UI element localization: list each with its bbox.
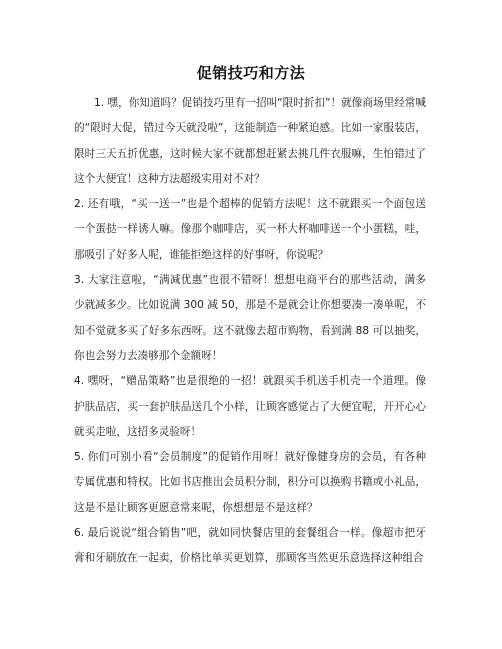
- paragraph-bundle-sales: 6. 最后说说“组合销售”吧，就如同快餐店里的套餐组合一样。像超市把牙膏和牙刷放…: [74, 521, 426, 572]
- paragraph-spend-and-save: 3. 大家注意啦，“满减优惠”也很不错呀！想想电商平台的那些活动，满多少就减多少…: [74, 268, 426, 369]
- paragraph-buy-one-get-one: 2. 还有哦，“买一送一”也是个超棒的促销方法呢！这不就跟买一个面包送一个蛋挞一…: [74, 192, 426, 268]
- document-title: 促销技巧和方法: [0, 62, 502, 83]
- paragraph-gift-strategy: 4. 嘿呀，“赠品策略”也是很绝的一招！就跟买手机送手机壳一个道理。像护肤品店，…: [74, 369, 426, 445]
- document-page: 促销技巧和方法 1. 嘿，你知道吗？促销技巧里有一招叫“限时折扣”！就像商场里经…: [0, 0, 502, 649]
- paragraph-limited-time-discount: 1. 嘿，你知道吗？促销技巧里有一招叫“限时折扣”！就像商场里经常喊的“限时大促…: [74, 91, 426, 192]
- paragraph-membership-system: 5. 你们可别小看“会员制度”的促销作用呀！就好像健身房的会员，有各种专属优惠和…: [74, 445, 426, 521]
- document-body: 1. 嘿，你知道吗？促销技巧里有一招叫“限时折扣”！就像商场里经常喊的“限时大促…: [74, 91, 426, 572]
